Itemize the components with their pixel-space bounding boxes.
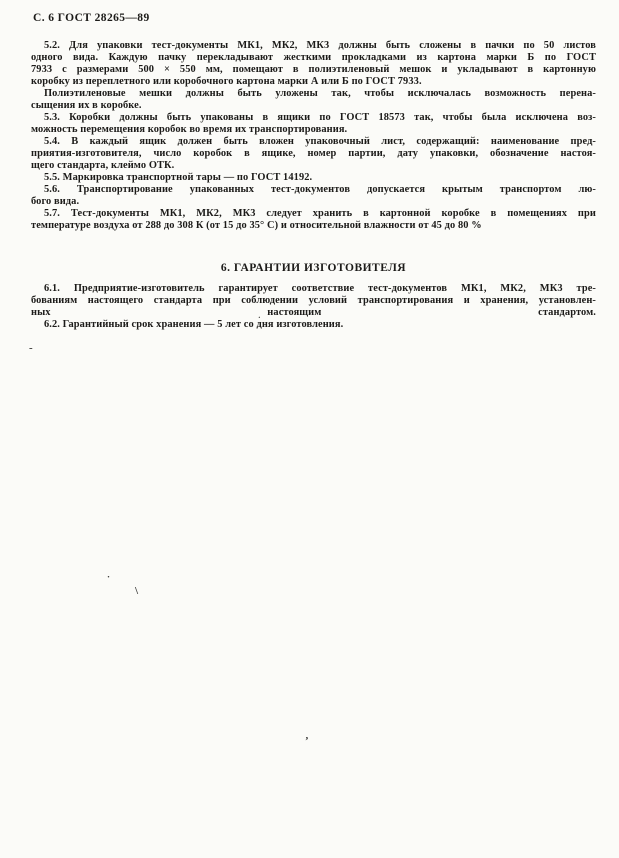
scan-artifact-mark: · [258,314,261,322]
paragraph-clause-5-2: 5.2. Для упаковки тест-документы МК1, МК… [31,40,596,88]
paragraph-polyethylene-note: Полиэтиленовые мешки должны быть уложены… [31,88,596,112]
text-line: приятия-изготовителя, число коробок в ящ… [31,148,596,160]
paragraph-clause-5-4: 5.4. В каждый ящик должен быть вложен уп… [31,136,596,172]
paragraph-clause-6-1: 6.1. Предприятие-изготовитель гарантируе… [31,283,596,331]
section-5-packing-text: 5.2. Для упаковки тест-документы МК1, МК… [31,40,596,232]
text-line: 5.2. Для упаковки тест-документы МК1, МК… [31,40,596,52]
page-header: С. 6 ГОСТ 28265—89 [33,12,150,24]
text-line: бого вида. [31,196,596,208]
text-line: коробку из переплетного или коробочного … [31,76,596,88]
text-line: температуре воздуха от 288 до 308 К (от … [31,220,596,232]
text-line: 6.1. Предприятие-изготовитель гарантируе… [31,283,596,295]
paragraph-clause-5-6: 5.6. Транспортирование упакованных тест-… [31,184,596,208]
text-line: одного вида. Каждую пачку перекладывают … [31,52,596,64]
text-line: бованиям настоящего стандарта при соблюд… [31,295,596,307]
scan-artifact-mark: ʼ [305,736,309,747]
paragraph-clause-5-5: 5.5. Маркировка транспортной тары — по Г… [31,172,596,184]
text-line: можность перемещения коробок во время их… [31,124,596,136]
document-page: С. 6 ГОСТ 28265—89 5.2. Для упаковки тес… [0,0,619,858]
text-line: 5.4. В каждый ящик должен быть вложен уп… [31,136,596,148]
paragraph-clause-5-3: 5.3. Коробки должны быть упакованы в ящи… [31,112,596,136]
scan-artifact-mark: \ [135,586,138,597]
text-line: Полиэтиленовые мешки должны быть уложены… [31,88,596,100]
scan-artifact-mark: - [29,343,33,354]
text-line: 5.6. Транспортирование упакованных тест-… [31,184,596,196]
text-line: 5.7. Тест-документы МК1, МК2, МК3 следуе… [31,208,596,220]
text-line: 6.2. Гарантийный срок хранения — 5 лет с… [31,319,596,331]
text-line: 5.5. Маркировка транспортной тары — по Г… [31,172,596,184]
text-line: сыщения их в коробке. [31,100,596,112]
section-6-heading: 6. ГАРАНТИИ ИЗГОТОВИТЕЛЯ [31,262,596,274]
scan-artifact-mark: · [107,573,110,582]
section-6-warranty-text: 6.1. Предприятие-изготовитель гарантируе… [31,283,596,331]
text-line: 5.3. Коробки должны быть упакованы в ящи… [31,112,596,124]
text-line: щего стандарта, клеймо ОТК. [31,160,596,172]
text-line: ных настоящим стандартом. [31,307,596,319]
text-line: 7933 с размерами 500 × 550 мм, помещают … [31,64,596,76]
paragraph-clause-5-7: 5.7. Тест-документы МК1, МК2, МК3 следуе… [31,208,596,232]
